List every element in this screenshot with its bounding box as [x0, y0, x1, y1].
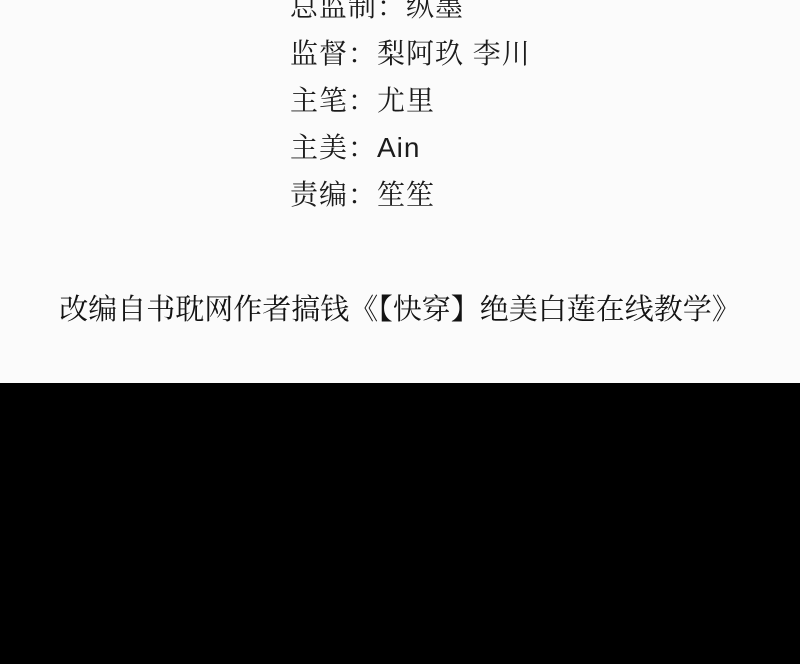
credits-block: 总监制：纵墨 监督：梨阿玖 李川 主笔：尤里 主美：Ain 责编：笙笙	[290, 0, 531, 218]
comic-credits-page: 总监制：纵墨 监督：梨阿玖 李川 主笔：尤里 主美：Ain 责编：笙笙 改编自书…	[0, 0, 800, 664]
credit-line-chief-producer: 总监制：纵墨	[290, 0, 531, 30]
credit-line-supervisor: 监督：梨阿玖 李川	[290, 30, 531, 77]
adaptation-source-note: 改编自书耽网作者搞钱《【快穿】绝美白莲在线教学》	[0, 292, 800, 328]
credit-line-lead-artist: 主笔：尤里	[290, 77, 531, 124]
credit-line-art-director: 主美：Ain	[290, 124, 531, 171]
credit-line-editor: 责编：笙笙	[290, 171, 531, 218]
comic-panel-black	[0, 383, 800, 664]
